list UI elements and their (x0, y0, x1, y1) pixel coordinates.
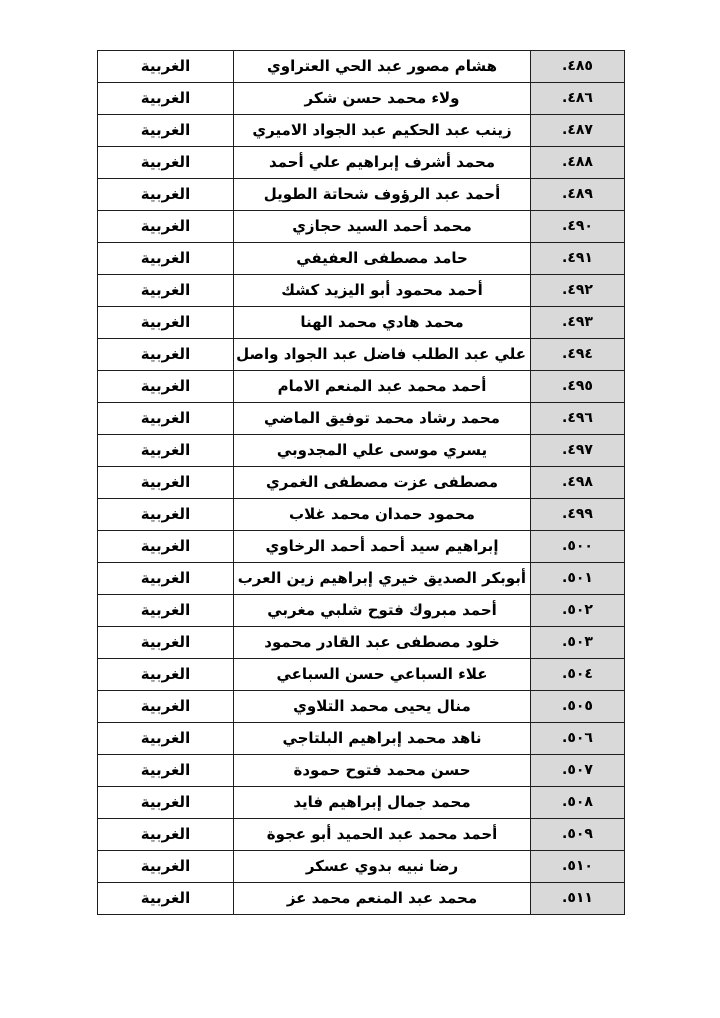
table-row: ٥٠٧. حسن محمد فتوح حمودة الغربية (98, 755, 625, 787)
row-number-cell: ٤٩٦. (531, 403, 625, 435)
table-row: ٤٩٥. أحمد محمد عبد المنعم الامام الغربية (98, 371, 625, 403)
person-name-cell: محمود حمدان محمد غلاب (234, 499, 531, 531)
table-row: ٥٠٥. منال يحيى محمد التلاوي الغربية (98, 691, 625, 723)
table-row: ٤٨٥. هشام مصور عبد الحي العتراوي الغربية (98, 51, 625, 83)
row-number-cell: ٥١٠. (531, 851, 625, 883)
table-row: ٤٨٨. محمد أشرف إبراهيم علي أحمد الغربية (98, 147, 625, 179)
table-row: ٥٠٣. خلود مصطفى عبد القادر محمود الغربية (98, 627, 625, 659)
region-cell: الغربية (98, 211, 234, 243)
table-row: ٤٨٧. زينب عبد الحكيم عبد الجواد الاميري … (98, 115, 625, 147)
row-number-cell: ٤٩٣. (531, 307, 625, 339)
row-number-cell: ٤٩٥. (531, 371, 625, 403)
table-row: ٥١٠. رضا نبيه بدوي عسكر الغربية (98, 851, 625, 883)
row-number-cell: ٤٩٠. (531, 211, 625, 243)
row-number-cell: ٥٠٢. (531, 595, 625, 627)
table-row: ٥٠٠. إبراهيم سيد أحمد أحمد الرخاوي الغرب… (98, 531, 625, 563)
person-name-cell: محمد أشرف إبراهيم علي أحمد (234, 147, 531, 179)
row-number-cell: ٥١١. (531, 883, 625, 915)
person-name-cell: أحمد محمود أبو اليزيد كشك (234, 275, 531, 307)
region-cell: الغربية (98, 435, 234, 467)
row-number-cell: ٥٠٤. (531, 659, 625, 691)
region-cell: الغربية (98, 531, 234, 563)
person-name-cell: أحمد مبروك فتوح شلبي مغربي (234, 595, 531, 627)
table-row: ٥٠١. أبوبكر الصديق خيري إبراهيم زين العر… (98, 563, 625, 595)
region-cell: الغربية (98, 659, 234, 691)
region-cell: الغربية (98, 755, 234, 787)
person-name-cell: علاء السباعي حسن السباعي (234, 659, 531, 691)
row-number-cell: ٥٠٥. (531, 691, 625, 723)
row-number-cell: ٤٩٧. (531, 435, 625, 467)
region-cell: الغربية (98, 563, 234, 595)
person-name-cell: ناهد محمد إبراهيم البلتاجي (234, 723, 531, 755)
person-name-cell: محمد جمال إبراهيم فايد (234, 787, 531, 819)
row-number-cell: ٤٩٩. (531, 499, 625, 531)
person-name-cell: أحمد محمد عبد المنعم الامام (234, 371, 531, 403)
row-number-cell: ٤٩١. (531, 243, 625, 275)
table-row: ٥١١. محمد عبد المنعم محمد عز الغربية (98, 883, 625, 915)
row-number-cell: ٥٠٣. (531, 627, 625, 659)
person-name-cell: علي عبد الطلب فاضل عبد الجواد واصل (234, 339, 531, 371)
region-cell: الغربية (98, 275, 234, 307)
row-number-cell: ٤٨٧. (531, 115, 625, 147)
region-cell: الغربية (98, 307, 234, 339)
table-row: ٥٠٨. محمد جمال إبراهيم فايد الغربية (98, 787, 625, 819)
person-name-cell: خلود مصطفى عبد القادر محمود (234, 627, 531, 659)
region-cell: الغربية (98, 51, 234, 83)
person-name-cell: محمد أحمد السيد حجازي (234, 211, 531, 243)
person-name-cell: محمد عبد المنعم محمد عز (234, 883, 531, 915)
table-row: ٥٠٤. علاء السباعي حسن السباعي الغربية (98, 659, 625, 691)
table-row: ٤٩٦. محمد رشاد محمد توفيق الماضي الغربية (98, 403, 625, 435)
person-name-cell: أحمد محمد عبد الحميد أبو عجوة (234, 819, 531, 851)
person-name-cell: يسري موسى علي المجدوبي (234, 435, 531, 467)
row-number-cell: ٥٠٧. (531, 755, 625, 787)
region-cell: الغربية (98, 243, 234, 275)
row-number-cell: ٤٩٨. (531, 467, 625, 499)
region-cell: الغربية (98, 147, 234, 179)
person-name-cell: هشام مصور عبد الحي العتراوي (234, 51, 531, 83)
person-name-cell: مصطفى عزت مصطفى الغمري (234, 467, 531, 499)
person-name-cell: ولاء محمد حسن شكر (234, 83, 531, 115)
region-cell: الغربية (98, 339, 234, 371)
region-cell: الغربية (98, 627, 234, 659)
region-cell: الغربية (98, 467, 234, 499)
table-row: ٤٩٩. محمود حمدان محمد غلاب الغربية (98, 499, 625, 531)
region-cell: الغربية (98, 179, 234, 211)
row-number-cell: ٥٠٠. (531, 531, 625, 563)
person-name-cell: زينب عبد الحكيم عبد الجواد الاميري (234, 115, 531, 147)
person-name-cell: أحمد عبد الرؤوف شحاتة الطويل (234, 179, 531, 211)
row-number-cell: ٤٨٩. (531, 179, 625, 211)
person-name-cell: محمد هادي محمد الهنا (234, 307, 531, 339)
person-name-cell: إبراهيم سيد أحمد أحمد الرخاوي (234, 531, 531, 563)
table-row: ٤٩٢. أحمد محمود أبو اليزيد كشك الغربية (98, 275, 625, 307)
person-name-cell: منال يحيى محمد التلاوي (234, 691, 531, 723)
row-number-cell: ٥٠٦. (531, 723, 625, 755)
table-row: ٤٩٨. مصطفى عزت مصطفى الغمري الغربية (98, 467, 625, 499)
row-number-cell: ٤٨٦. (531, 83, 625, 115)
table-row: ٤٩٤. علي عبد الطلب فاضل عبد الجواد واصل … (98, 339, 625, 371)
table-row: ٤٨٦. ولاء محمد حسن شكر الغربية (98, 83, 625, 115)
region-cell: الغربية (98, 371, 234, 403)
roster-table-body: ٤٨٥. هشام مصور عبد الحي العتراوي الغربية… (98, 51, 625, 915)
region-cell: الغربية (98, 883, 234, 915)
table-row: ٤٩١. حامد مصطفى العفيفي الغربية (98, 243, 625, 275)
region-cell: الغربية (98, 115, 234, 147)
row-number-cell: ٥٠١. (531, 563, 625, 595)
table-row: ٤٩٠. محمد أحمد السيد حجازي الغربية (98, 211, 625, 243)
table-row: ٥٠٩. أحمد محمد عبد الحميد أبو عجوة الغرب… (98, 819, 625, 851)
table-row: ٤٨٩. أحمد عبد الرؤوف شحاتة الطويل الغربي… (98, 179, 625, 211)
row-number-cell: ٤٨٨. (531, 147, 625, 179)
region-cell: الغربية (98, 819, 234, 851)
region-cell: الغربية (98, 595, 234, 627)
row-number-cell: ٥٠٨. (531, 787, 625, 819)
region-cell: الغربية (98, 691, 234, 723)
roster-table: ٤٨٥. هشام مصور عبد الحي العتراوي الغربية… (97, 50, 625, 915)
row-number-cell: ٤٨٥. (531, 51, 625, 83)
region-cell: الغربية (98, 403, 234, 435)
table-row: ٤٩٧. يسري موسى علي المجدوبي الغربية (98, 435, 625, 467)
region-cell: الغربية (98, 83, 234, 115)
person-name-cell: رضا نبيه بدوي عسكر (234, 851, 531, 883)
row-number-cell: ٥٠٩. (531, 819, 625, 851)
person-name-cell: حامد مصطفى العفيفي (234, 243, 531, 275)
region-cell: الغربية (98, 787, 234, 819)
table-row: ٥٠٦. ناهد محمد إبراهيم البلتاجي الغربية (98, 723, 625, 755)
table-row: ٥٠٢. أحمد مبروك فتوح شلبي مغربي الغربية (98, 595, 625, 627)
person-name-cell: محمد رشاد محمد توفيق الماضي (234, 403, 531, 435)
row-number-cell: ٤٩٤. (531, 339, 625, 371)
document-page: ٤٨٥. هشام مصور عبد الحي العتراوي الغربية… (0, 0, 720, 1018)
region-cell: الغربية (98, 499, 234, 531)
row-number-cell: ٤٩٢. (531, 275, 625, 307)
person-name-cell: حسن محمد فتوح حمودة (234, 755, 531, 787)
table-row: ٤٩٣. محمد هادي محمد الهنا الغربية (98, 307, 625, 339)
region-cell: الغربية (98, 723, 234, 755)
region-cell: الغربية (98, 851, 234, 883)
person-name-cell: أبوبكر الصديق خيري إبراهيم زين العرب (234, 563, 531, 595)
